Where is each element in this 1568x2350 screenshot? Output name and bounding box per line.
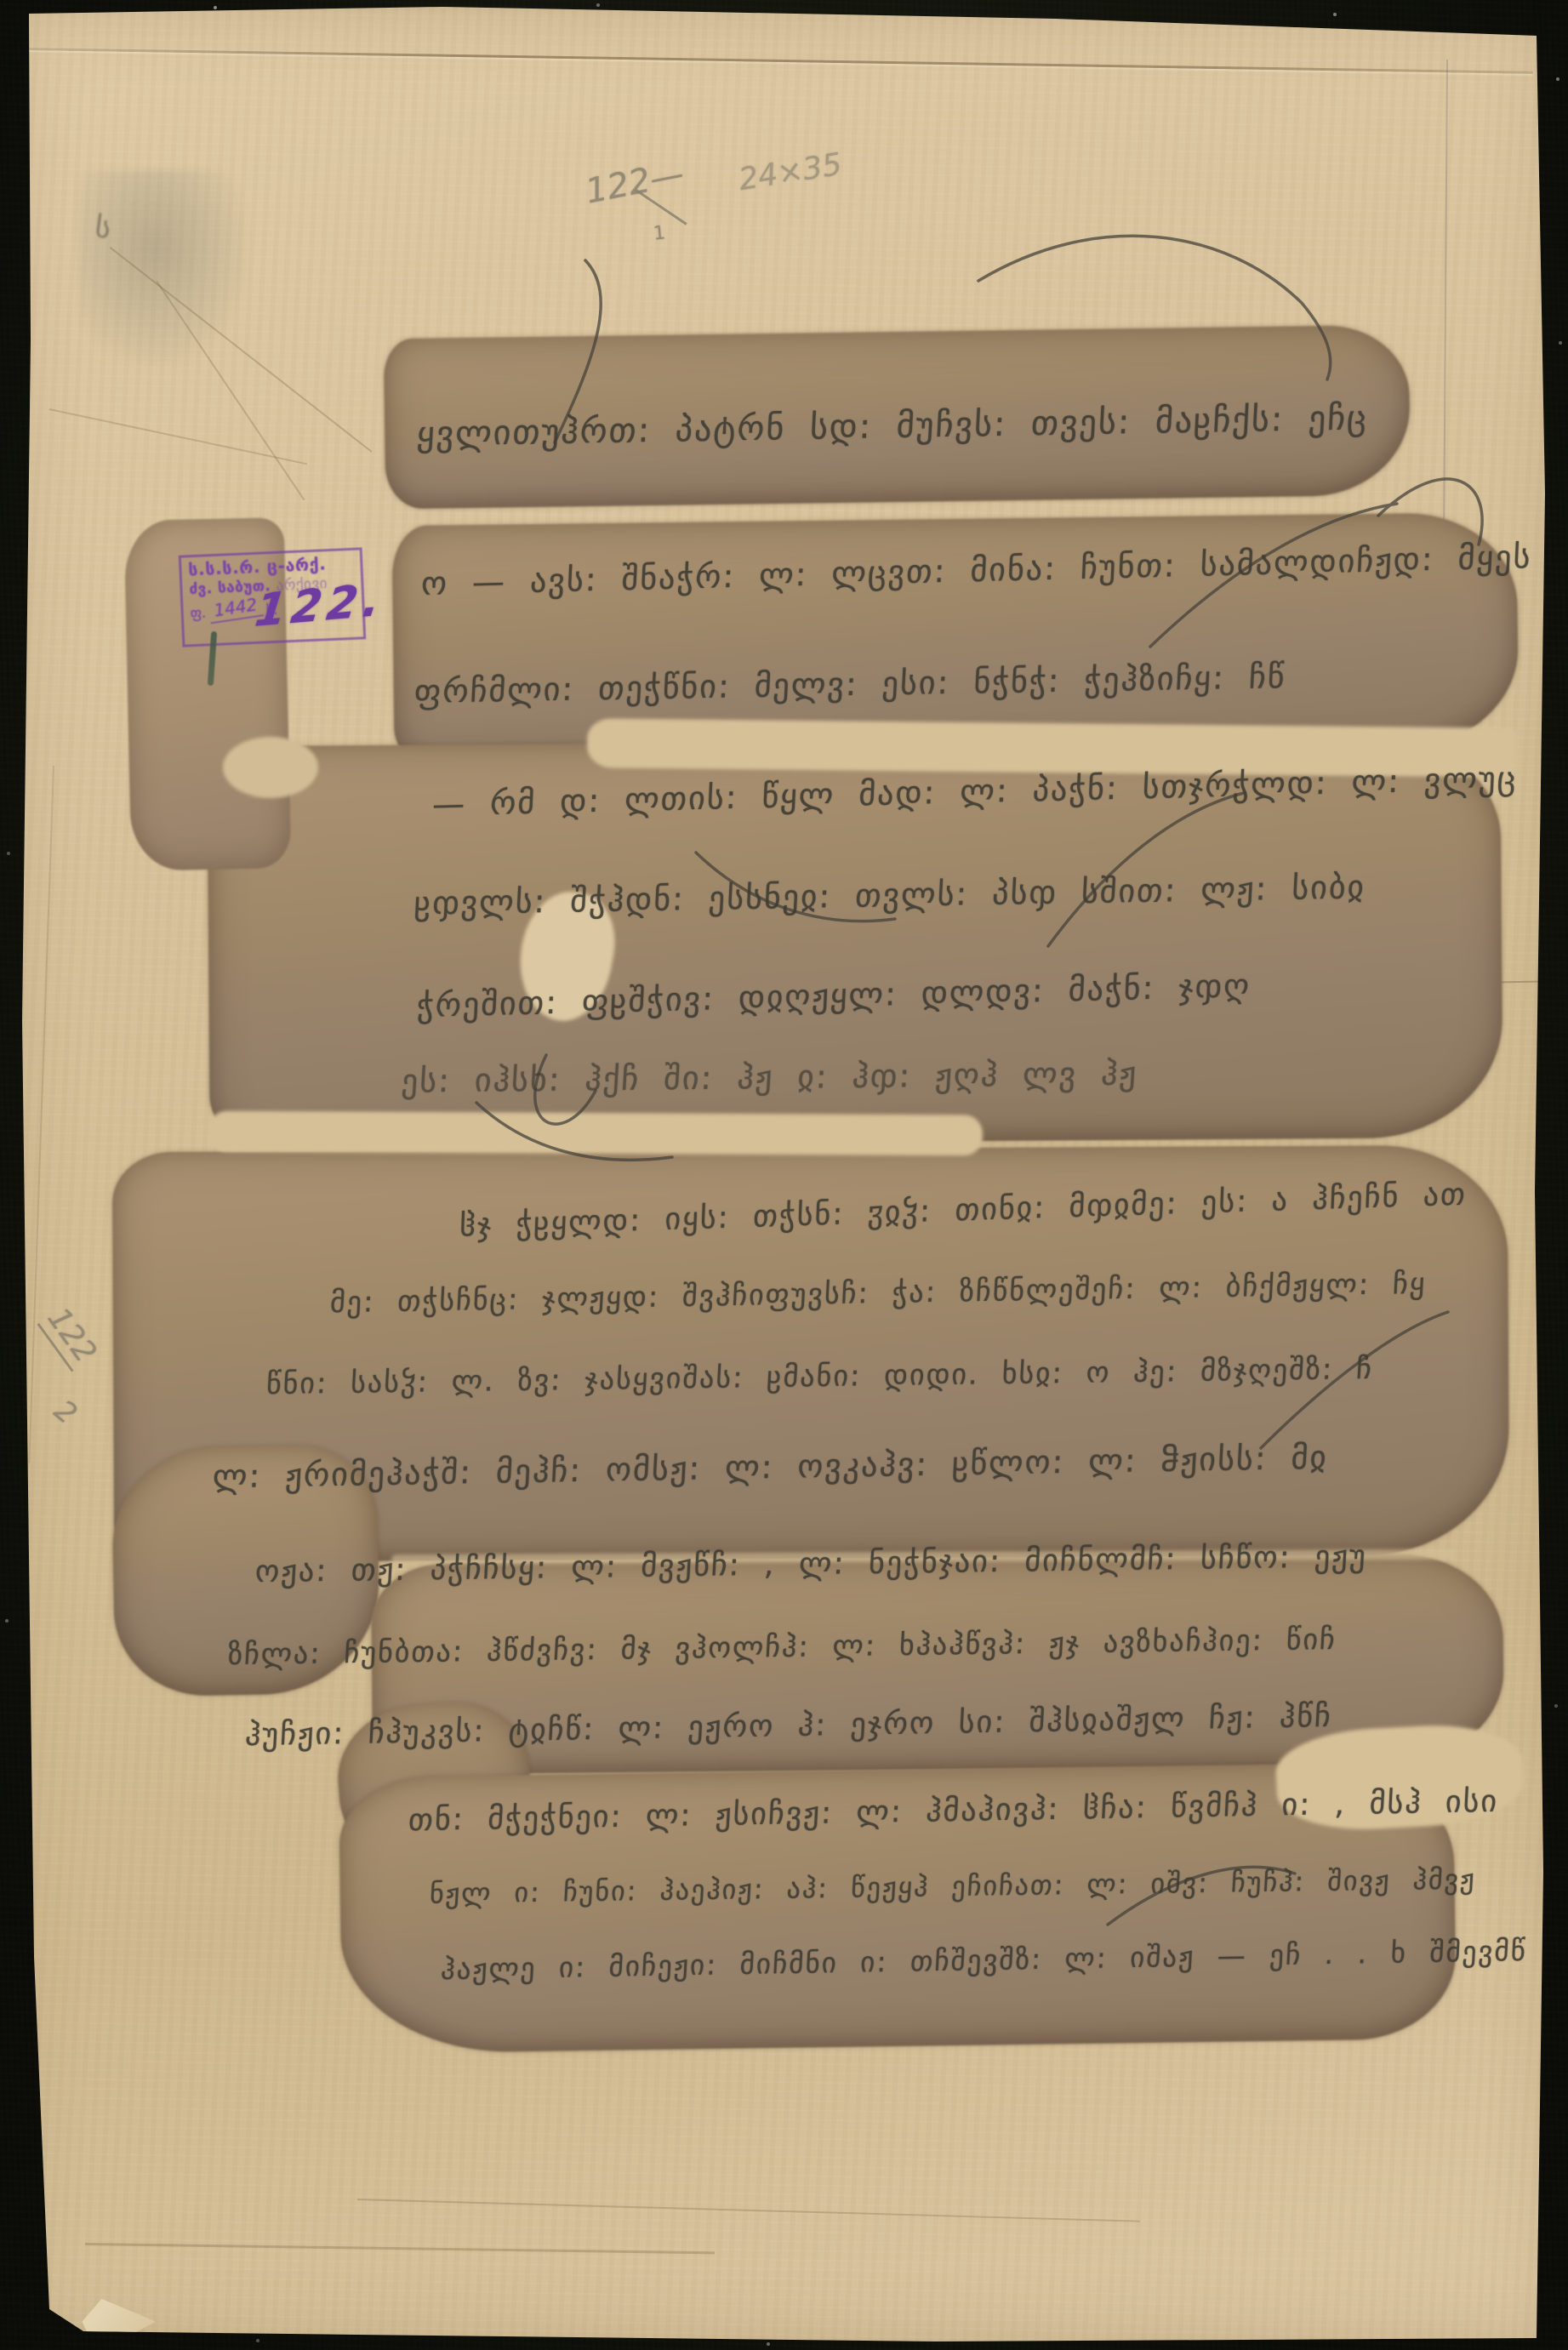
corner-fold (80, 2294, 157, 2339)
crease-top-horizontal (26, 48, 1533, 74)
crease-bottom-2 (85, 2243, 715, 2254)
crease-diagonal-3 (49, 408, 308, 465)
crease-left-vertical (28, 766, 54, 1463)
pencil-margin-sub: 2 (48, 1394, 83, 1432)
stamp-item-number: 122. (253, 574, 388, 637)
stamp-fund-label: ფ. (190, 604, 206, 622)
pencil-size-note: 24×35 (737, 147, 845, 198)
archival-photograph: ს (0, 0, 1568, 2350)
crease-bottom-1 (357, 2199, 1140, 2222)
backing-gap (208, 1111, 983, 1156)
dust-specks (0, 0, 2, 2)
paper-sheet: ს (0, 0, 1568, 2350)
pencil-number-top-sub: 1 (653, 222, 667, 244)
erased-smudge (78, 170, 248, 366)
manuscript-line: ეს: იჰსხ: ჰქჩ ში: ჰჟ ჲ: ჰჶ: ჟღჰ ლვ ჰჟ (401, 1054, 1139, 1099)
fragment-chip (223, 737, 318, 798)
pencil-number-top: 122— (583, 154, 687, 211)
pencil-margin-number: 122 (37, 1302, 104, 1372)
